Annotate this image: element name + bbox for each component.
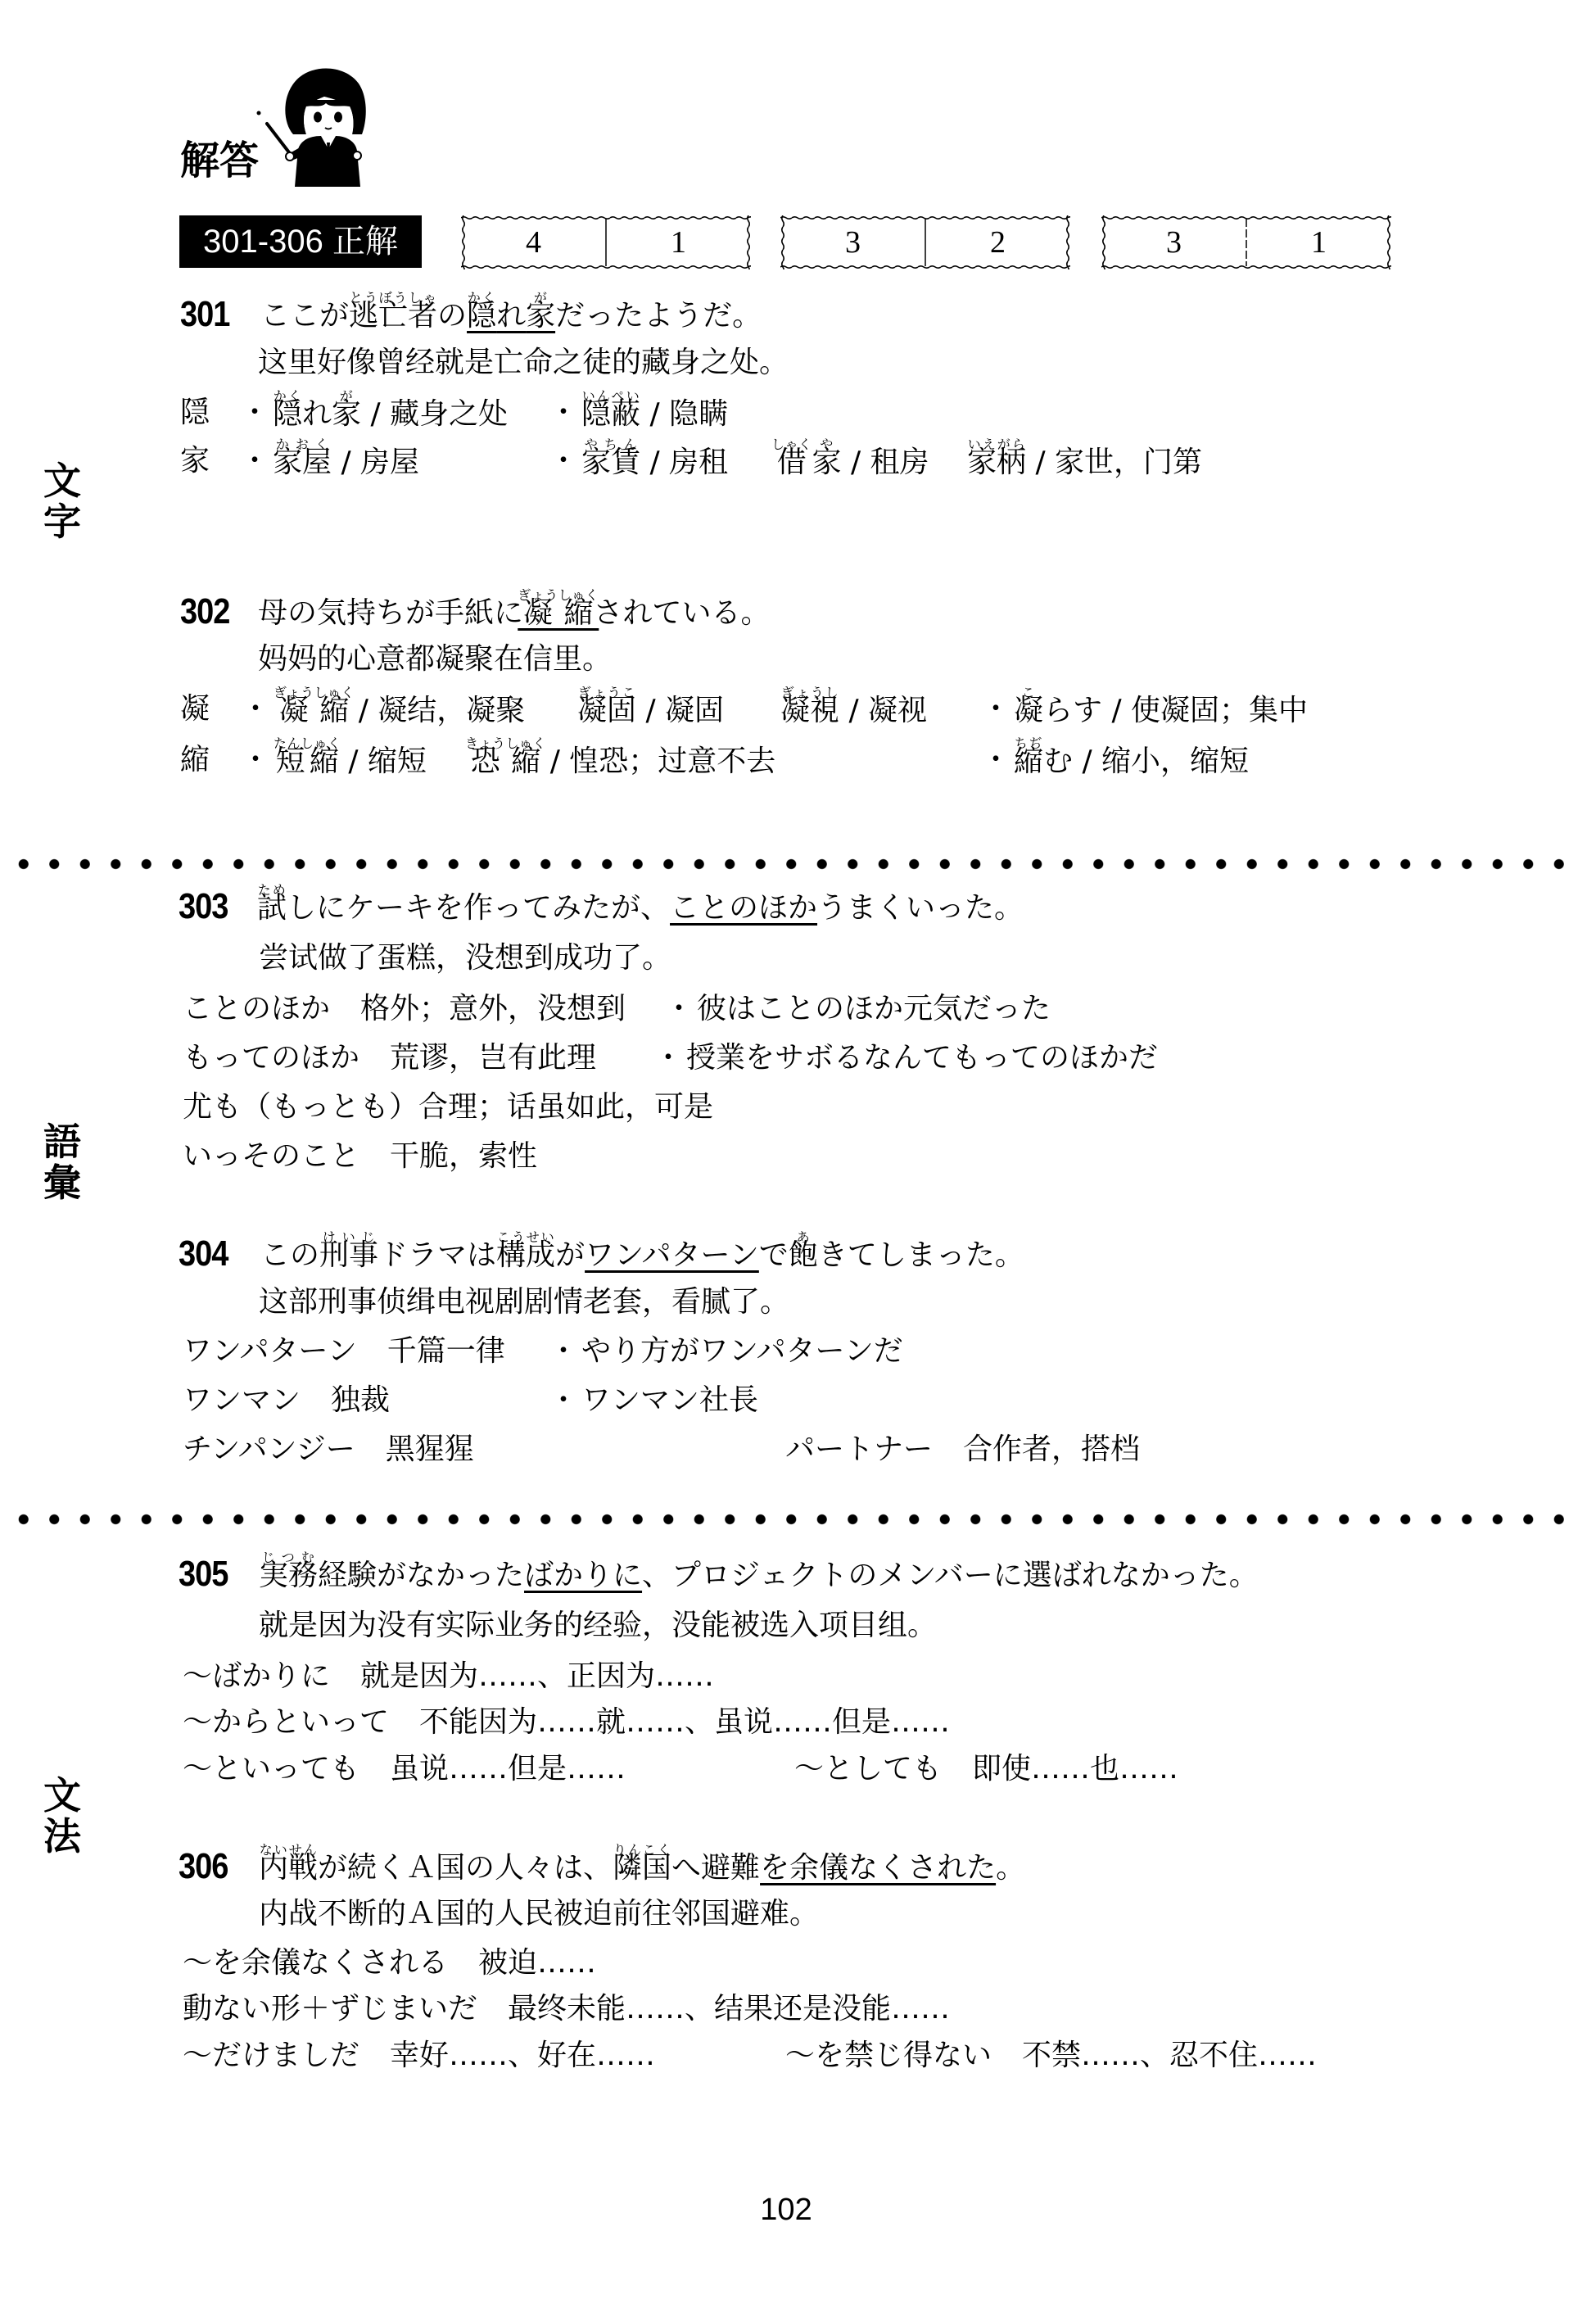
answer-306: 1 [1246,215,1391,269]
translation-text: 这部刑事侦缉电视剧剧情老套，看腻了。 [259,1285,789,1319]
meaning: 干脆，索性 [390,1139,537,1173]
term: ～を余儀なくされる [183,1946,448,1980]
expression-row: チンパンジー黑猩猩 パートナー合作者，搭档 [0,1420,1596,1479]
vocab-item: ・縮ちぢむ / 缩小，缩短 [1014,731,1249,791]
term: ～といっても [183,1752,359,1786]
ruby-word: 借しゃく [771,446,812,479]
furigana: とうぼうしゃ [349,290,437,306]
term: パートナー [785,1433,933,1466]
answer-305: 3 [1101,215,1246,269]
ruby-word: 実務じつむ [259,1559,318,1592]
example-text: 彼はことのほか元気だった [697,992,1051,1025]
term: ～からといって [183,1705,389,1739]
sentence-text: れ [496,299,526,333]
bullet: ・ [237,731,274,790]
sentence-text: 母の気持ちが手紙に [258,596,523,630]
furigana: や [812,437,842,452]
meaning: 凝结，凝聚 [378,694,525,727]
ruby-word: 恐縮きょうしゅく [465,745,540,778]
sentence-text: が続くＡ国の人々は、 [318,1851,613,1885]
ruby-word: 縮ちぢ [1014,745,1043,778]
question-number-304: 304 [179,1224,228,1283]
sentence-text: だったようだ。 [555,299,762,333]
sentence-text: きてしまった。 [818,1238,1024,1272]
term: ワンパターン [183,1334,357,1368]
furigana: けいじ [319,1229,378,1245]
answer-301: 4 [461,215,606,269]
term: 尤も（もっとも） [183,1090,418,1124]
underlined-target: ワンパターン [585,1238,759,1272]
meaning: 即使……也…… [972,1752,1178,1786]
meaning: 房租 [669,446,728,479]
bullet: ・ [545,432,581,491]
sentence-text: 経験がなかった [318,1559,524,1592]
furigana: ぎょうしゅく [518,587,599,603]
expression-row: ～だけましだ幸好……、好在…… ～を禁じ得ない不禁……、忍不住…… [0,2026,1596,2085]
underlined-target: 凝縮ぎょうしゅく [523,596,594,630]
furigana: ないせん [259,1842,318,1858]
furigana: いんぺい [581,388,640,404]
ruby-word: 凝視ぎょうし [780,694,839,727]
vocab-row: 縮 ・短縮たんしゅく / 缩短 恐縮きょうしゅく / 惶恐；过意不去 ・縮ちぢむ… [0,731,1596,790]
meaning: 房屋 [360,446,419,479]
dotted-divider [8,858,1576,870]
sentence-text: うまくいった。 [817,891,1024,925]
underlined-target: 隠かくれ家が [467,299,555,333]
furigana: やちん [581,437,640,452]
question-number-text: 305 [179,1541,228,1609]
furigana: かく [273,388,302,404]
example-text: ワンマン社長 [581,1383,758,1417]
meaning: 最终未能……、结果还是没能…… [508,1992,950,2026]
furigana: が [526,290,555,306]
word-text: れ [302,397,332,431]
meaning: 荒谬，岂有此理 [390,1041,596,1075]
furigana: りんこく [613,1842,671,1858]
ruby-word: 家が [526,299,555,333]
meaning: 幸好……、好在…… [390,2039,655,2072]
sentence-text: へ避難 [671,1851,760,1885]
answer-range-label: 301-306 正解 [179,215,422,268]
ruby-word: 凝縮ぎょうしゅく [523,596,594,630]
ruby-word: 隠かく [273,397,302,431]
furigana: たんしゅく [274,736,341,751]
expression: パートナー合作者，搭档 [785,1420,1140,1479]
translation-text: 内战不断的Ａ国的人民被迫前往邻国避难。 [259,1897,819,1930]
translation-text: 尝试做了蛋糕，没想到成功了。 [259,941,671,975]
term: もってのほか [183,1041,359,1075]
kanji-head: 縮 [180,731,210,790]
question-number-301: 301 [180,285,229,344]
term: いっそのこと [183,1139,359,1173]
meaning: 藏身之处 [390,397,508,431]
meaning: 独裁 [331,1383,390,1417]
bullet: ・ [978,731,1014,790]
page-number: 102 [737,2192,835,2228]
expression: ～だけましだ幸好……、好在…… [183,2026,655,2085]
meaning: 不禁……、忍不住…… [1022,2039,1317,2072]
question-number-text: 304 [179,1220,228,1288]
vocab-item: 借しゃく家や / 租房 [771,432,929,492]
ruby-word: 内戦ないせん [259,1851,318,1885]
meaning: 黑猩猩 [386,1433,474,1466]
sentence-text: しにケーキを作ってみたが、 [287,891,670,925]
ruby-word: 試ため [257,891,287,925]
meaning: 缩短 [368,745,427,778]
separator: / [339,745,368,778]
furigana: かおく [273,437,332,452]
meaning: 惶恐；过意不去 [569,745,775,778]
ruby-word: 凝こ [1014,694,1043,727]
term: ワンマン [183,1383,301,1417]
meaning: 家世，门第 [1055,446,1202,479]
vocab-item: 家柄いえがら / 家世，门第 [967,432,1202,492]
answer-304: 2 [925,215,1070,269]
sentence-text: ここが [260,299,349,333]
furigana: こうせい [496,1229,555,1245]
meaning: 就是因为……、正因为…… [360,1659,714,1693]
meaning: 凝固 [665,694,724,727]
furigana: ぎょうし [780,685,839,700]
separator: / [1073,745,1101,778]
vocab-item: ・家賃やちん / 房租 [581,432,728,492]
ruby-word: 家や [812,446,842,479]
separator: / [842,446,870,479]
expression-row: ～といっても虽说……但是…… ～としても即使……也…… [0,1740,1596,1799]
separator: / [1102,694,1131,727]
furigana: が [332,388,361,404]
separator: / [636,694,665,727]
translation-text: 这里好像曾经就是亡命之徒的藏身之处。 [258,346,789,379]
ruby-word: 家が [332,397,361,431]
question-number-text: 303 [179,873,228,941]
sentence-text: 。 [996,1851,1025,1885]
ruby-word: 凝縮ぎょうしゅく [274,694,349,727]
underlined-target: ばかりに [524,1559,642,1592]
sentence-text: ドラマは [378,1238,496,1272]
separator: / [640,397,669,431]
ruby-word: 構成こうせい [496,1238,555,1272]
meaning: 合作者，搭档 [963,1433,1140,1466]
dotted-divider [8,1514,1576,1525]
word-text: む [1043,745,1073,778]
kanji-head: 家 [180,432,210,491]
sentence-text: この [260,1238,319,1272]
separator: / [361,397,390,431]
translation-text: 妈妈的心意都凝聚在信里。 [258,642,612,676]
sentence-text: 、プロジェクトのメンバーに選ばれなかった。 [642,1559,1259,1592]
bullet: ・ [237,432,273,491]
underlined-target: を余儀なくされた [760,1851,996,1885]
furigana: しゃく [771,437,812,452]
vocab-row: 家 ・家屋かおく / 房屋 ・家賃やちん / 房租 借しゃく家や / 租房 家柄… [0,432,1596,491]
meaning: 租房 [870,446,929,479]
sentence-text: で [759,1238,789,1272]
ruby-word: 家賃やちん [581,446,640,479]
term: 動ない形＋ずじまいだ [183,1992,477,2026]
furigana: かく [467,290,496,306]
term: ことのほか [183,992,330,1025]
furigana: あ [789,1229,818,1245]
meaning: 格外；意外，没想到 [360,992,626,1025]
expression: いっそのこと干脆，索性 [183,1127,537,1186]
ruby-word: 隣国りんこく [613,1851,671,1885]
teacher-mascot-icon [246,64,368,188]
answer-303: 3 [780,215,925,269]
separator: / [1026,446,1055,479]
sentence-text: の [437,299,467,333]
word-text: らす [1043,694,1102,727]
ruby-word: 逃亡者とうぼうしゃ [349,299,437,333]
meaning: 凝视 [868,694,927,727]
expression: チンパンジー黑猩猩 [183,1420,474,1479]
vocab-item: ・短縮たんしゅく / 缩短 [274,731,427,791]
question-sentence-303: 試ためしにケーキを作ってみたが、ことのほかうまくいった。 [257,877,1024,936]
meaning: 被迫…… [478,1946,596,1980]
term: ～だけましだ [183,2039,359,2072]
vocab-item: 恐縮きょうしゅく / 惶恐；过意不去 [465,731,775,791]
ruby-word: 隠蔽いんぺい [581,397,640,431]
term: ～としても [794,1752,942,1786]
answer-box-303-304: 3 2 [780,215,1070,269]
answer-page: 解答 301-306 正解 4 1 3 2 3 1 文字 語彙 文法 301 こ… [0,0,1596,2322]
separator: / [839,694,868,727]
meaning: 不能因为……就……、虽说……但是…… [419,1705,950,1739]
underlined-target: ことのほか [670,891,817,925]
example-text: やり方がワンパターンだ [581,1334,903,1368]
furigana: こ [1014,685,1043,700]
example-text: 授業をサボるなんてもってのほかだ [686,1041,1158,1075]
sentence-text: が [555,1238,585,1272]
furigana: じつむ [259,1550,318,1565]
question-number-text: 302 [180,578,229,646]
ruby-word: 家屋かおく [273,446,332,479]
translation-text: 就是因为没有实际业务的经验，没能被选入项目组。 [259,1609,937,1642]
ruby-word: 凝固ぎょうこ [577,694,636,727]
meaning: 隐瞒 [669,397,728,431]
ruby-word: 短縮たんしゅく [274,745,339,778]
furigana: いえがら [967,437,1026,452]
furigana: ぎょうしゅく [274,685,355,700]
question-number-305: 305 [179,1545,228,1604]
term: ～を禁じ得ない [785,2039,992,2072]
meaning: 虽说……但是…… [390,1752,626,1786]
furigana: ため [257,882,287,898]
term: チンパンジー [183,1433,355,1466]
expression: ～を禁じ得ない不禁……、忍不住…… [785,2026,1317,2085]
separator: / [332,446,360,479]
question-number-text: 301 [180,281,229,349]
ruby-word: 隠かく [467,299,496,333]
expression: ～としても即使……也…… [794,1740,1178,1799]
expression-row: いっそのこと干脆，索性 [0,1127,1596,1186]
separator: / [640,446,669,479]
sentence-text: されている。 [594,596,771,630]
meaning: 使凝固；集中 [1131,694,1308,727]
vocab-item: ・家屋かおく / 房屋 [273,432,419,492]
ruby-word: 飽あ [789,1238,818,1272]
term: ～ばかりに [183,1659,330,1693]
expression: ～といっても虽说……但是…… [183,1740,626,1799]
meaning: 合理；话虽如此，可是 [418,1090,713,1124]
meaning: 千篇一律 [387,1334,505,1368]
question-number-306: 306 [179,1837,228,1896]
question-sentence-305: 実務じつむ経験がなかったばかりに、プロジェクトのメンバーに選ばれなかった。 [259,1545,1259,1604]
question-number-text: 306 [179,1833,228,1901]
question-number-303: 303 [179,877,228,936]
question-number-302: 302 [180,582,229,641]
answer-box-305-306: 3 1 [1101,215,1391,269]
ruby-word: 刑事けいじ [319,1238,378,1272]
furigana: ちぢ [1014,736,1043,751]
answer-box-301-302: 4 1 [461,215,751,269]
furigana: きょうしゅく [465,736,546,751]
ruby-word: 家柄いえがら [967,446,1026,479]
answer-302: 1 [606,215,751,269]
meaning: 缩小，缩短 [1101,745,1249,778]
furigana: ぎょうこ [577,685,636,700]
